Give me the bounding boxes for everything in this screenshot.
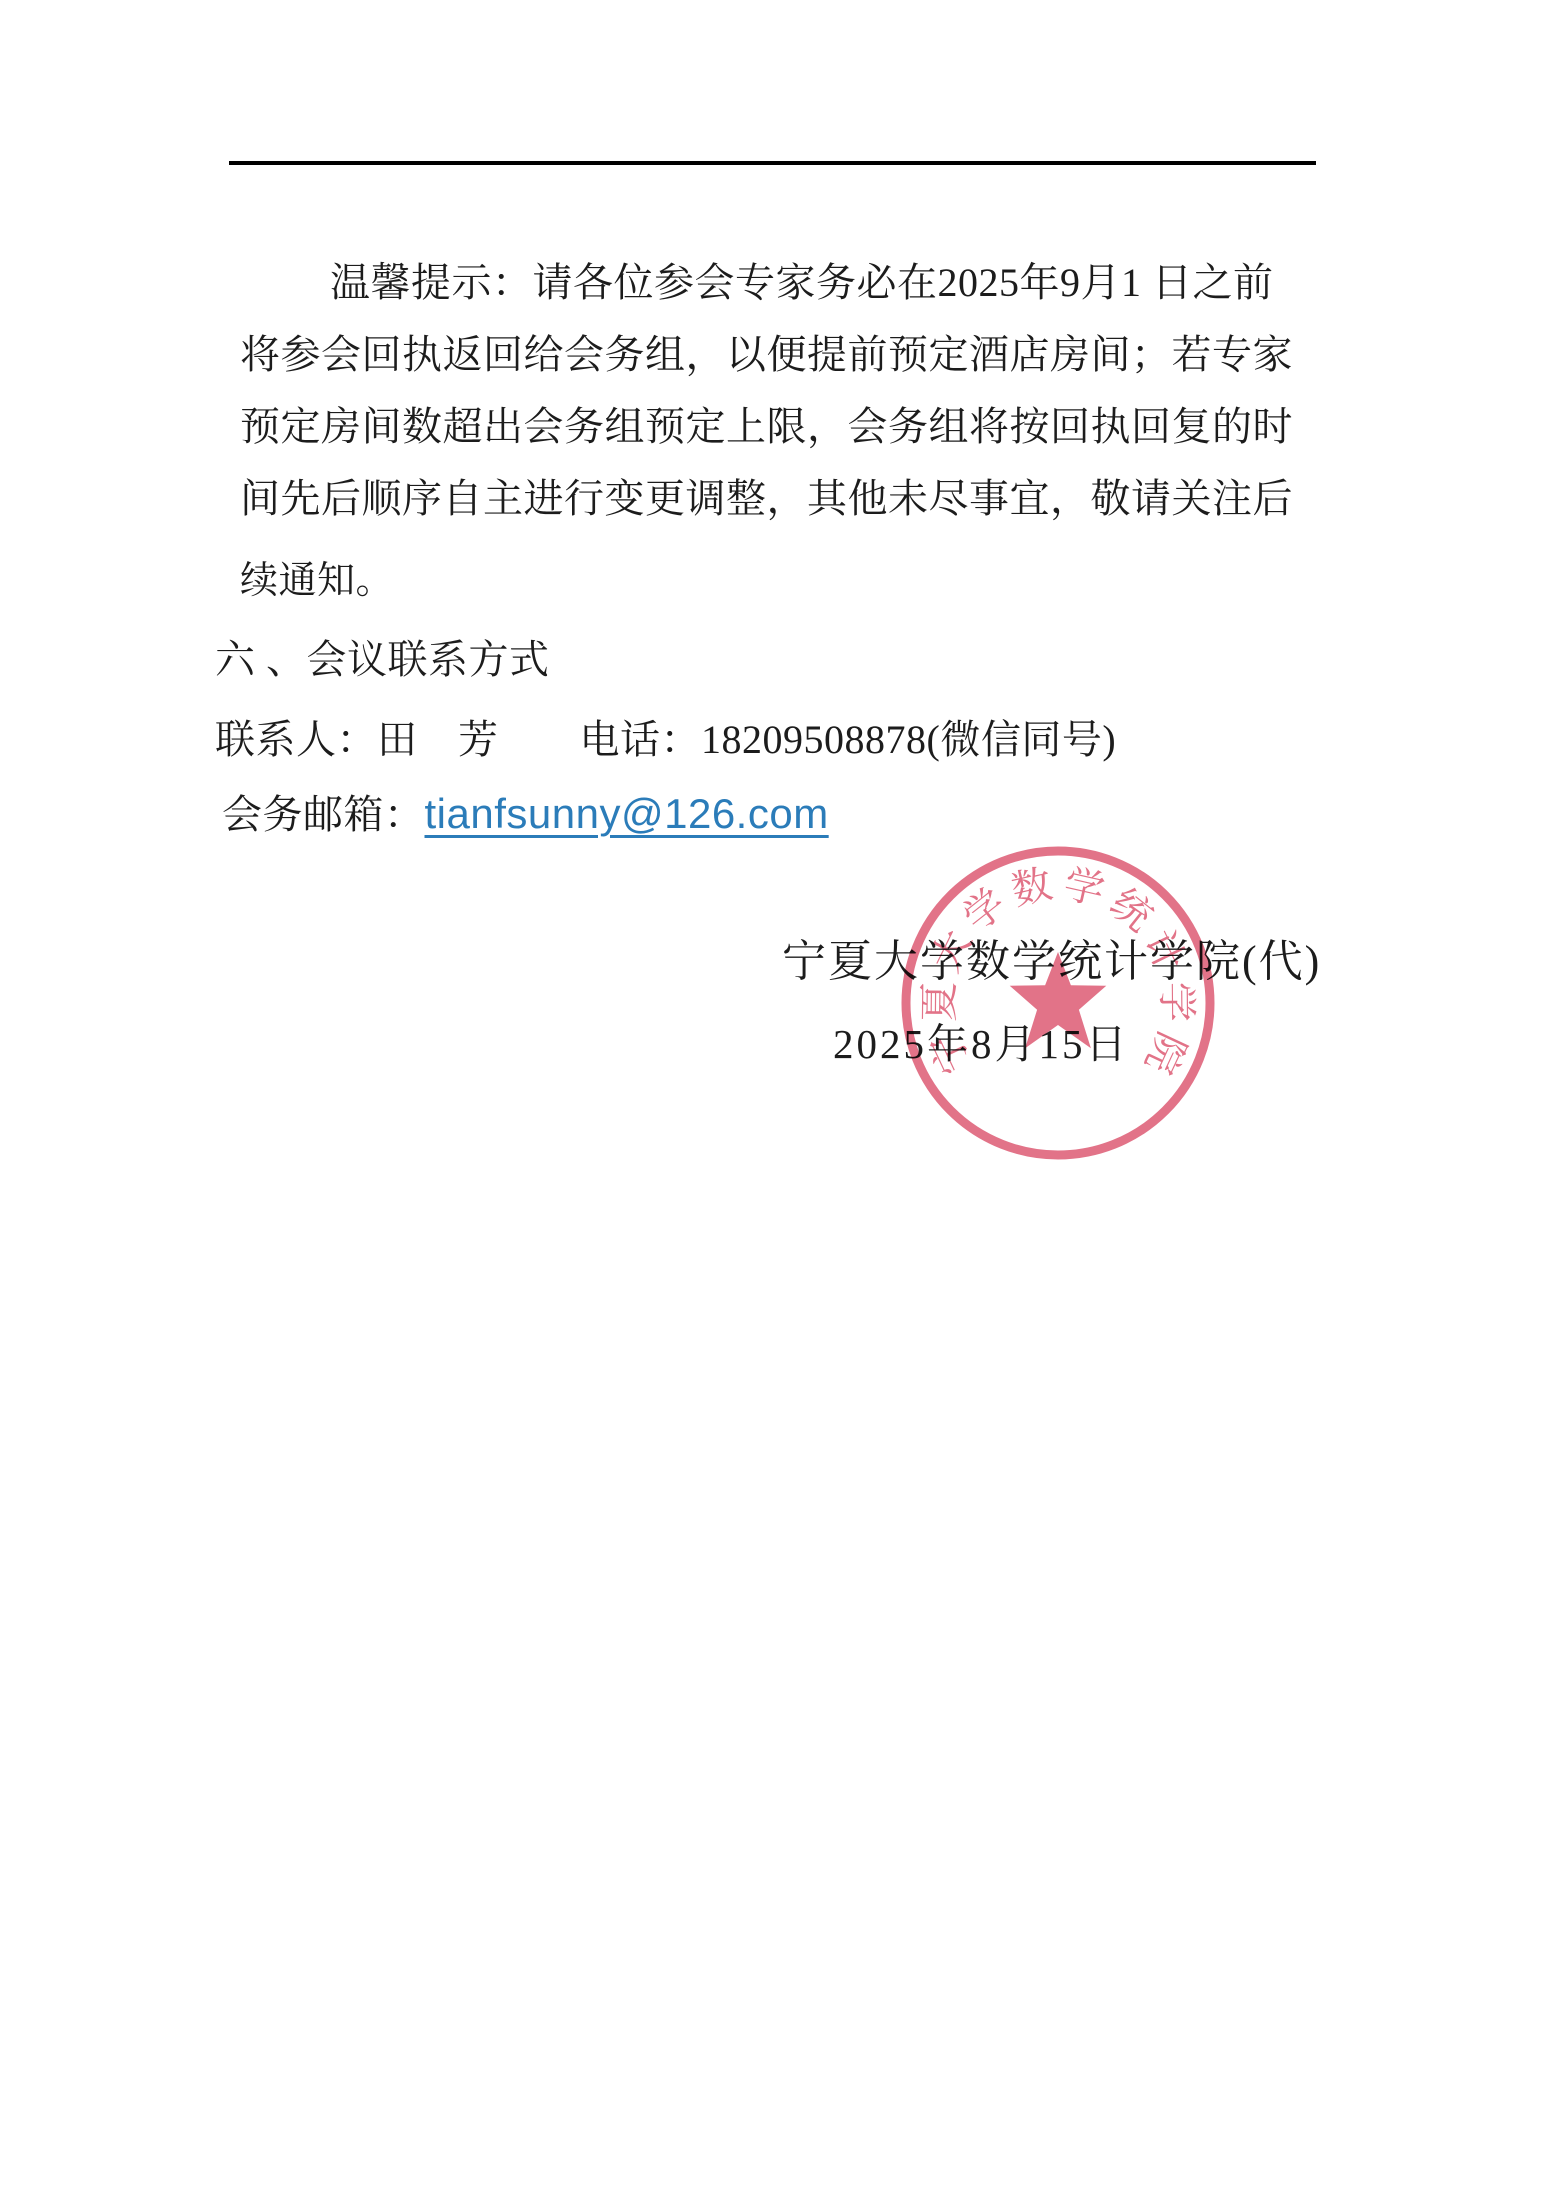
email-line: 会务邮箱：tianfsunny@126.com xyxy=(222,790,829,839)
svg-text:数: 数 xyxy=(1007,861,1056,914)
notice-paragraph-line-4: 间先后顺序自主进行变更调整，其他未尽事宜，敬请关注后 xyxy=(240,475,1293,523)
seal-ring xyxy=(906,851,1210,1155)
notice-paragraph-line-1: 温馨提示：请各位参会专家务必在2025年9月1 日之前 xyxy=(330,259,1274,307)
svg-text:院: 院 xyxy=(1137,1025,1195,1080)
email-link[interactable]: tianfsunny@126.com xyxy=(425,790,829,837)
signature-organization: 宁夏大学数学统计学院(代) xyxy=(782,938,1321,986)
section-heading-contact-info: 六 、会议联系方式 xyxy=(215,636,550,684)
signature-date: 2025年8月15日 xyxy=(833,1020,1130,1068)
svg-text:学: 学 xyxy=(1154,982,1199,1022)
document-page: 温馨提示：请各位参会专家务必在2025年9月1 日之前 将参会回执返回给会务组，… xyxy=(0,0,1541,2199)
svg-text:学: 学 xyxy=(1060,861,1109,914)
notice-paragraph-line-3: 预定房间数超出会务组预定上限，会务组将按回执回复的时 xyxy=(240,403,1293,451)
svg-text:学: 学 xyxy=(955,880,1014,940)
email-label: 会务邮箱： xyxy=(222,792,425,837)
header-divider-rule xyxy=(229,161,1316,165)
official-seal-stamp: 宁夏大学数学统计学院 xyxy=(893,838,1223,1168)
contact-person-phone-line: 联系人：田 芳 电话：18209508878(微信同号) xyxy=(215,716,1116,764)
notice-paragraph-line-5: 续通知。 xyxy=(240,557,394,605)
notice-paragraph-line-2: 将参会回执返回给会务组，以便提前预定酒店房间；若专家 xyxy=(240,331,1293,379)
svg-text:夏: 夏 xyxy=(917,982,962,1022)
svg-text:统: 统 xyxy=(1102,880,1161,940)
